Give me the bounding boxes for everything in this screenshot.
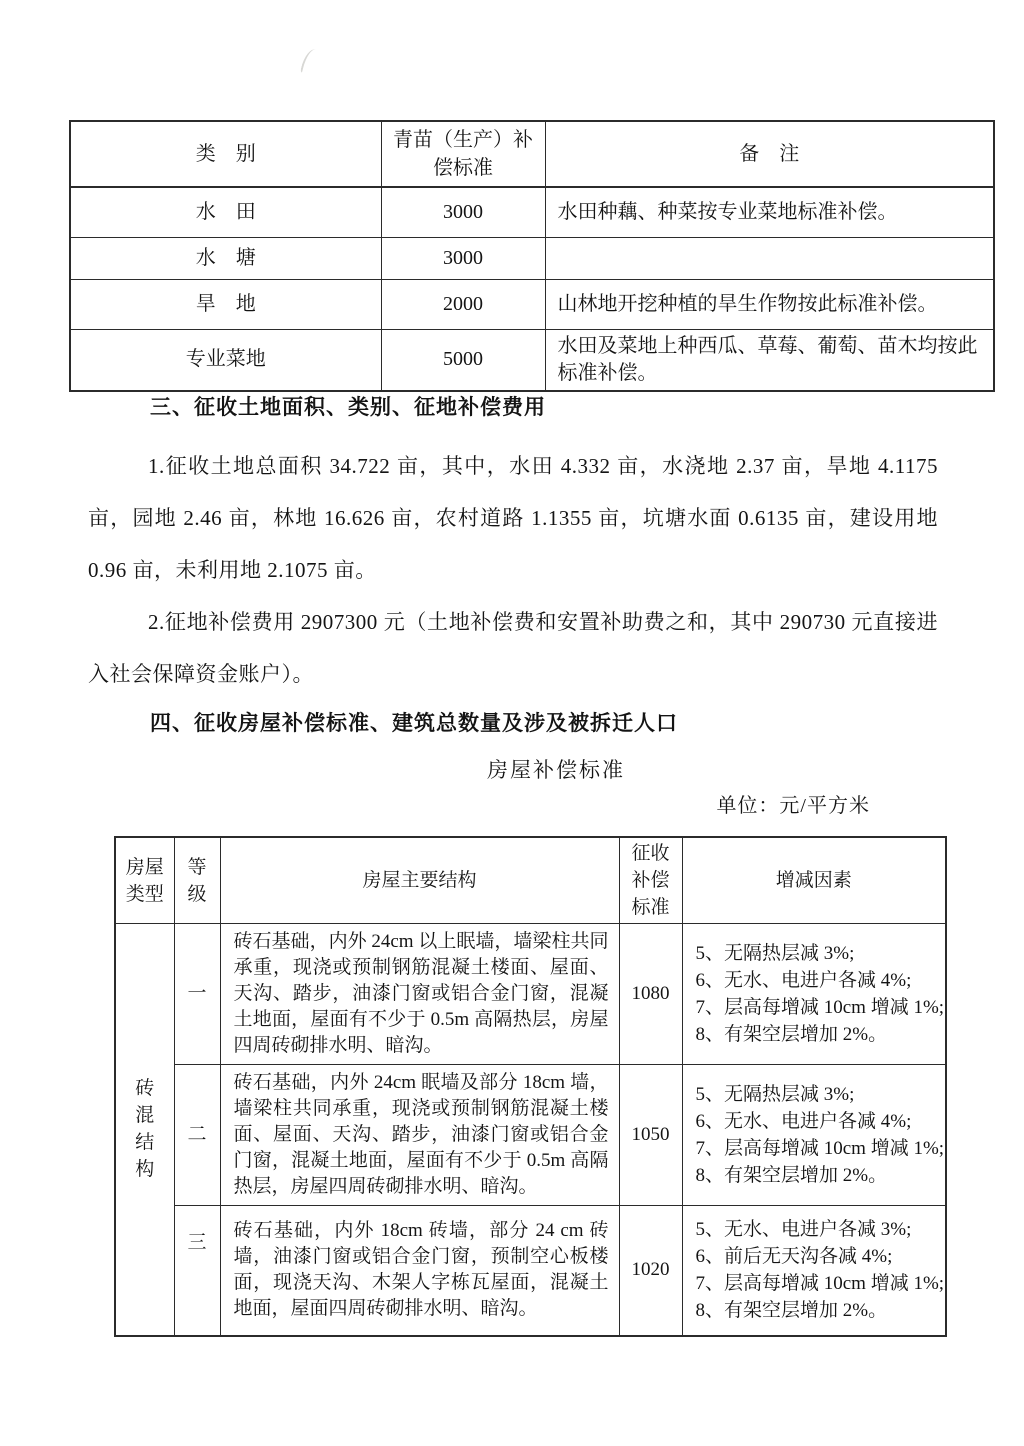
factors-cell: 5、无水、电进户各减 3%; 6、前后无天沟各减 4%; 7、层高每增减 10c… <box>682 1206 946 1336</box>
crop-table-header-row: 类 别 青苗（生产）补偿标准 备 注 <box>70 121 994 187</box>
crop-remark: 山林地开挖种植的旱生作物按此标准补偿。 <box>545 279 994 329</box>
standard-cell: 1020 <box>619 1206 682 1336</box>
factor-item: 5、无水、电进户各减 3%; <box>696 1216 940 1243</box>
house-table-header-row: 房屋类型 等级 房屋主要结构 征收补偿标准 增减因素 <box>115 837 946 924</box>
structure-cell: 砖石基础，内外 18cm 砖墙，部分 24 cm 砖墙，油漆门窗或铝合金门窗，预… <box>220 1206 619 1336</box>
crop-category: 水 田 <box>70 187 381 237</box>
house-header-grade: 等级 <box>174 837 220 924</box>
house-header-type: 房屋类型 <box>115 837 174 924</box>
factor-item: 6、无水、电进户各减 4%; <box>696 1108 940 1135</box>
house-compensation-table: 房屋类型 等级 房屋主要结构 征收补偿标准 增减因素 砖混结构 一 砖石基础，内… <box>114 836 947 1337</box>
factors-cell: 5、无隔热层减 3%; 6、无水、电进户各减 4%; 7、层高每增减 10cm … <box>682 1065 946 1206</box>
factor-item: 7、层高每增减 10cm 增减 1%; <box>696 1135 940 1162</box>
crop-remark: 水田及菜地上种西瓜、草莓、葡萄、苗木均按此标准补偿。 <box>545 329 994 391</box>
crop-standard: 2000 <box>381 279 545 329</box>
grade-cell: 二 <box>174 1065 220 1206</box>
section3-paragraph1: 1.征收土地总面积 34.722 亩，其中，水田 4.332 亩，水浇地 2.3… <box>88 440 938 596</box>
factor-item: 7、层高每增减 10cm 增减 1%; <box>696 1270 940 1297</box>
house-type-cell: 砖混结构 <box>115 924 174 1336</box>
standard-cell: 1050 <box>619 1065 682 1206</box>
crop-category: 旱 地 <box>70 279 381 329</box>
scan-artifact <box>300 47 318 75</box>
crop-remark: 水田种藕、种菜按专业菜地标准补偿。 <box>545 187 994 237</box>
table-row: 旱 地 2000 山林地开挖种植的旱生作物按此标准补偿。 <box>70 279 994 329</box>
unit-label: 单位：元/平方米 <box>0 791 870 821</box>
crop-standard: 3000 <box>381 237 545 279</box>
house-type-label: 砖混结构 <box>135 1075 155 1183</box>
house-table-title: 房屋补偿标准 <box>88 755 1024 785</box>
crop-standard: 5000 <box>381 329 545 391</box>
table-row: 砖混结构 一 砖石基础，内外 24cm 以上眠墙，墙梁柱共同承重，现浇或预制钢筋… <box>115 924 946 1065</box>
house-header-factors: 增减因素 <box>682 837 946 924</box>
crop-remark <box>545 237 994 279</box>
crop-category: 专业菜地 <box>70 329 381 391</box>
grade-cell: 三 <box>174 1206 220 1336</box>
factor-item: 8、有架空层增加 2%。 <box>696 1297 940 1324</box>
factor-item: 7、层高每增减 10cm 增减 1%; <box>696 994 940 1021</box>
structure-cell: 砖石基础，内外 24cm 以上眠墙，墙梁柱共同承重，现浇或预制钢筋混凝土楼面、屋… <box>220 924 619 1065</box>
factor-item: 8、有架空层增加 2%。 <box>696 1162 940 1189</box>
section3-heading: 三、征收土地面积、类别、征地补偿费用 <box>88 392 1010 422</box>
house-header-standard: 征收补偿标准 <box>619 837 682 924</box>
structure-cell: 砖石基础，内外 24cm 眠墙及部分 18cm 墙，墙梁柱共同承重，现浇或预制钢… <box>220 1065 619 1206</box>
table-row: 水 塘 3000 <box>70 237 994 279</box>
crop-header-category: 类 别 <box>70 121 381 187</box>
factor-item: 6、前后无天沟各减 4%; <box>696 1243 940 1270</box>
table-row: 三 砖石基础，内外 18cm 砖墙，部分 24 cm 砖墙，油漆门窗或铝合金门窗… <box>115 1206 946 1336</box>
grade-cell: 一 <box>174 924 220 1065</box>
crop-header-remark: 备 注 <box>545 121 994 187</box>
factor-item: 6、无水、电进户各减 4%; <box>696 967 940 994</box>
scanned-document-page: { "crop_table": { "headers": { "category… <box>0 0 1024 1446</box>
house-header-structure: 房屋主要结构 <box>220 837 619 924</box>
crop-standard: 3000 <box>381 187 545 237</box>
section4-heading: 四、征收房屋补偿标准、建筑总数量及涉及被拆迁人口 <box>88 708 1010 738</box>
crop-header-standard: 青苗（生产）补偿标准 <box>381 121 545 187</box>
factor-item: 8、有架空层增加 2%。 <box>696 1021 940 1048</box>
crop-category: 水 塘 <box>70 237 381 279</box>
factor-item: 5、无隔热层减 3%; <box>696 940 940 967</box>
crop-compensation-table: 类 别 青苗（生产）补偿标准 备 注 水 田 3000 水田种藕、种菜按专业菜地… <box>69 120 995 392</box>
table-row: 水 田 3000 水田种藕、种菜按专业菜地标准补偿。 <box>70 187 994 237</box>
factor-item: 5、无隔热层减 3%; <box>696 1081 940 1108</box>
standard-cell: 1080 <box>619 924 682 1065</box>
factors-cell: 5、无隔热层减 3%; 6、无水、电进户各减 4%; 7、层高每增减 10cm … <box>682 924 946 1065</box>
table-row: 二 砖石基础，内外 24cm 眠墙及部分 18cm 墙，墙梁柱共同承重，现浇或预… <box>115 1065 946 1206</box>
table-row: 专业菜地 5000 水田及菜地上种西瓜、草莓、葡萄、苗木均按此标准补偿。 <box>70 329 994 391</box>
section3-paragraph2: 2.征地补偿费用 2907300 元（土地补偿费和安置补助费之和，其中 2907… <box>88 596 938 700</box>
